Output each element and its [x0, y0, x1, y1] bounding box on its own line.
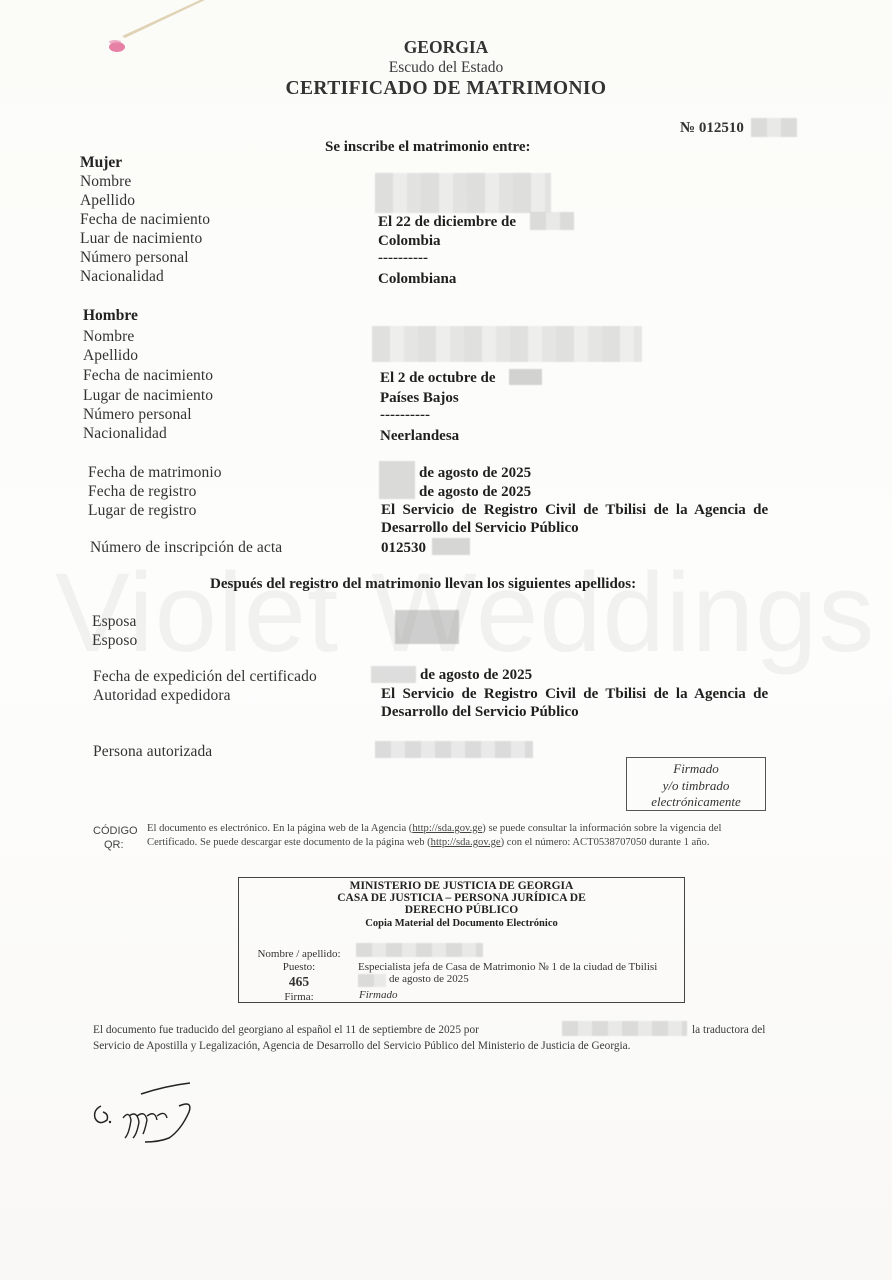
redacted-wife-birth-year: [530, 212, 574, 230]
wife-birthplace-label: Luar de nacimiento: [80, 230, 202, 248]
wife-dob-value: El 22 de diciembre de: [378, 214, 516, 231]
ministry-number: 465: [251, 974, 347, 990]
marriage-date-value: de agosto de 2025: [419, 465, 531, 482]
wife-personal-number-label: Número personal: [80, 249, 189, 267]
coat-of-arms-caption: Escudo del Estado: [0, 59, 892, 77]
ministry-line-3: DERECHO PÚBLICO: [239, 904, 684, 916]
wife-surname-after-label: Esposa: [92, 613, 137, 631]
registration-date-label: Fecha de registro: [88, 483, 196, 501]
translation-note-line2: Servicio de Apostilla y Legalización, Ag…: [93, 1040, 631, 1052]
ministry-line-2: CASA DE JUSTICIA – PERSONA JURÍDICA DE: [239, 892, 684, 904]
country-heading: GEORGIA: [0, 37, 892, 58]
ministry-position-label: Puesto:: [251, 961, 347, 973]
redacted-act-number: [432, 538, 470, 555]
translation-note-line1-end: la traductora del: [692, 1024, 765, 1036]
ministry-date-value: de agosto de 2025: [389, 973, 469, 985]
registration-place-label: Lugar de registro: [88, 502, 196, 520]
wife-surname-label: Apellido: [80, 192, 135, 210]
husband-dob-label: Fecha de nacimiento: [83, 367, 213, 385]
wife-name-label: Nombre: [80, 173, 131, 191]
wife-personal-number-value: ----------: [378, 250, 428, 267]
ministry-name-label: Nombre / apellido:: [251, 948, 347, 960]
redacted-husband-name: [372, 326, 642, 362]
download-website-link[interactable]: http://sda.gov.ge: [431, 837, 501, 848]
husband-nationality-label: Nacionalidad: [83, 425, 167, 443]
husband-surname-label: Apellido: [83, 347, 138, 365]
issuing-authority-line2: Desarrollo del Servicio Público: [381, 704, 579, 721]
certificate-title: CERTIFICADO DE MATRIMONIO: [0, 78, 892, 100]
authorized-person-label: Persona autorizada: [93, 743, 212, 761]
issue-date-value: de agosto de 2025: [420, 667, 532, 684]
surnames-heading: Después del registro del matrimonio llev…: [210, 576, 636, 593]
husband-dob-value: El 2 de octubre de: [380, 370, 496, 387]
ministry-copy-box: MINISTERIO DE JUSTICIA DE GEORGIA CASA D…: [238, 877, 685, 1003]
ministry-signature-label: Firma:: [251, 991, 347, 1003]
stamp-line-3: electrónicamente: [627, 794, 765, 811]
redacted-surnames: [395, 610, 459, 644]
qr-label-line2: QR:: [104, 839, 124, 851]
ministry-position-value: Especialista jefa de Casa de Matrimonio …: [358, 961, 657, 973]
redacted-translator-name: [562, 1021, 687, 1036]
redacted-ministry-day: [358, 974, 386, 987]
stamp-line-2: y/o timbrado: [627, 778, 765, 795]
redacted-marriage-days: [379, 461, 415, 499]
qr-label-line1: CÓDIGO: [93, 825, 138, 837]
redacted-official-name: [356, 943, 483, 957]
qr-text1-end: ) se puede consultar la información sobr…: [482, 823, 721, 834]
watermark: Violet Weddings: [55, 548, 875, 677]
marriage-date-label: Fecha de matrimonio: [88, 464, 222, 482]
agency-website-link[interactable]: http://sda.gov.ge: [412, 823, 482, 834]
electronic-signature-stamp: Firmado y/o timbrado electrónicamente: [626, 757, 766, 811]
wife-nationality-value: Colombiana: [378, 271, 456, 288]
husband-birthplace-label: Lugar de nacimiento: [83, 387, 213, 405]
redacted-wife-name: [375, 173, 551, 213]
qr-text2-start: Certificado. Se puede descargar este doc…: [147, 837, 431, 848]
husband-heading: Hombre: [83, 307, 138, 325]
wife-dob-label: Fecha de nacimiento: [80, 211, 210, 229]
act-number-value: 012530: [381, 540, 426, 557]
husband-nationality-value: Neerlandesa: [380, 428, 459, 445]
registration-date-value: de agosto de 2025: [419, 484, 531, 501]
issuing-authority-line1: El Servicio de Registro Civil de Tbilisi…: [381, 686, 768, 703]
wife-nationality-label: Nacionalidad: [80, 268, 164, 286]
husband-personal-number-value: ----------: [380, 407, 430, 424]
certificate-number: № 012510: [680, 120, 744, 137]
qr-text-line2: Certificado. Se puede descargar este doc…: [147, 837, 710, 848]
husband-personal-number-label: Número personal: [83, 406, 192, 424]
redacted-authorized-person: [375, 741, 533, 758]
redacted-husband-birth-year: [509, 369, 542, 385]
qr-text1-start: El documento es electrónico. En la págin…: [147, 823, 412, 834]
issuing-authority-label: Autoridad expedidora: [93, 687, 231, 705]
wife-birthplace-value: Colombia: [378, 233, 441, 250]
translation-note-line1-start: El documento fue traducido del georgiano…: [93, 1024, 479, 1036]
issue-date-label: Fecha de expedición del certificado: [93, 668, 317, 686]
redacted-number: [751, 118, 797, 137]
certificate-page: Violet Weddings GEORGIA Escudo del Estad…: [0, 0, 892, 1280]
ministry-line-1: MINISTERIO DE JUSTICIA DE GEORGIA: [239, 880, 684, 892]
intro-text: Se inscribe el matrimonio entre:: [325, 139, 531, 156]
qr-text2-end: ) con el número: ACT0538707050 durante 1…: [501, 837, 710, 848]
ministry-line-4: Copia Material del Documento Electrónico: [239, 918, 684, 929]
registration-place-value-line2: Desarrollo del Servicio Público: [381, 520, 579, 537]
qr-text-line1: El documento es electrónico. En la págin…: [147, 823, 721, 834]
act-number-label: Número de inscripción de acta: [90, 539, 282, 557]
husband-birthplace-value: Países Bajos: [380, 390, 459, 407]
translator-signature: [85, 1080, 205, 1155]
wife-heading: Mujer: [80, 154, 122, 172]
husband-name-label: Nombre: [83, 328, 134, 346]
stamp-line-1: Firmado: [627, 761, 765, 778]
redacted-issue-day: [371, 666, 416, 683]
registration-place-value-line1: El Servicio de Registro Civil de Tbilisi…: [381, 502, 768, 519]
husband-surname-after-label: Esposo: [92, 632, 137, 650]
ministry-signature-value: Firmado: [359, 989, 398, 1001]
